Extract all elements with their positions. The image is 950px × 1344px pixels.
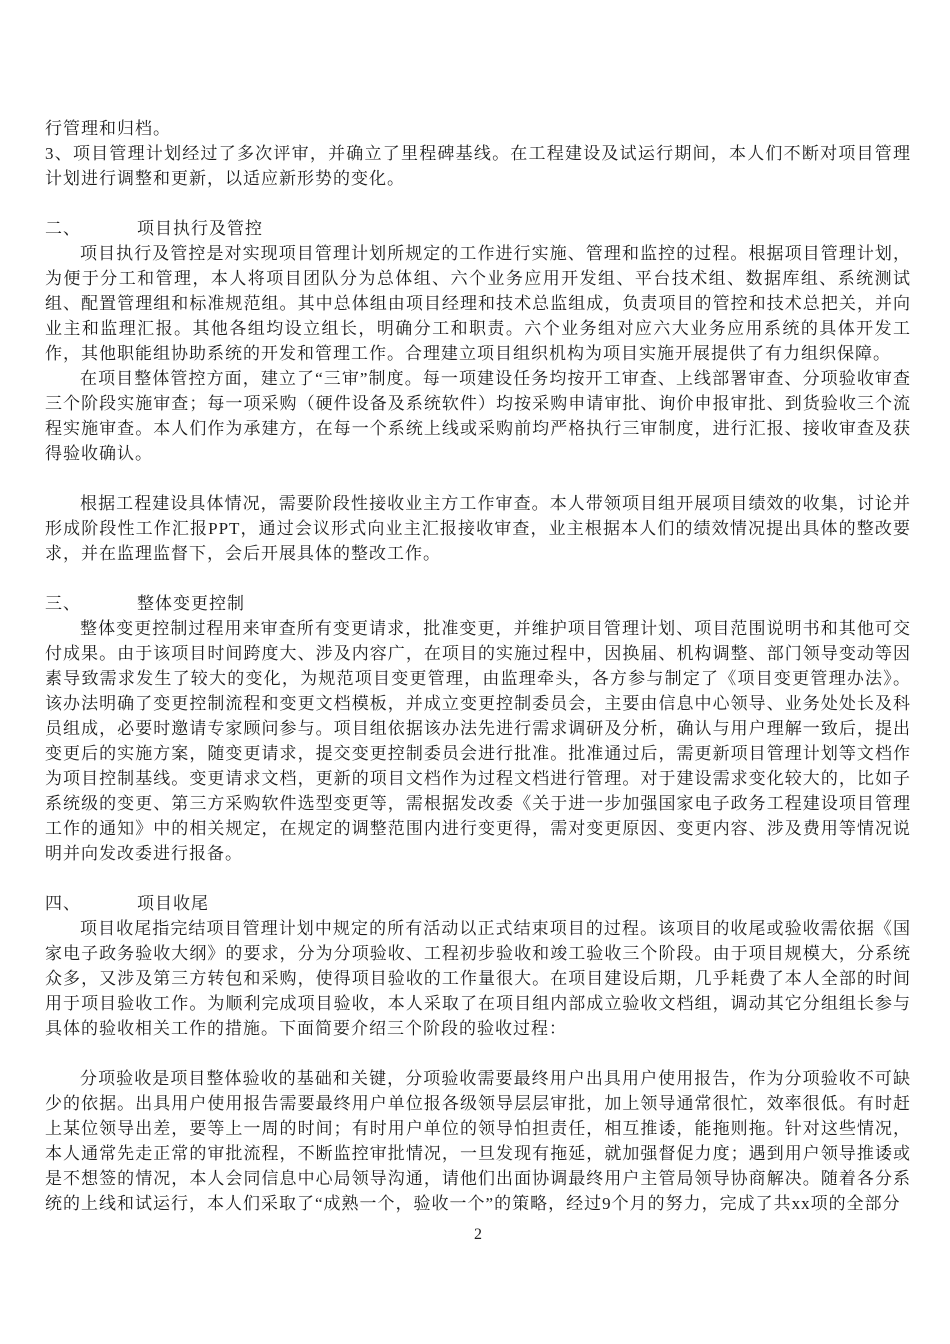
numbered-list-item-3: 3、项目管理计划经过了多次评审，并确立了里程碑基线。在工程建设及试运行期间，本人… bbox=[45, 141, 911, 191]
document-page: 行管理和归档。 3、项目管理计划经过了多次评审，并确立了里程碑基线。在工程建设及… bbox=[0, 0, 950, 1344]
sections: 二、项目执行及管控项目执行及管控是对实现项目管理计划所规定的工作进行实施、管理和… bbox=[45, 216, 911, 1216]
page-number: 2 bbox=[45, 1224, 911, 1246]
body-paragraph: 分项验收是项目整体验收的基础和关键，分项验收需要最终用户出具用户使用报告，作为分… bbox=[45, 1066, 911, 1216]
section-heading: 二、项目执行及管控 bbox=[45, 216, 911, 241]
body-paragraph: 整体变更控制过程用来审查所有变更请求，批准变更，并维护项目管理计划、项目范围说明… bbox=[45, 616, 911, 866]
section-title: 整体变更控制 bbox=[137, 591, 911, 616]
body-paragraph: 根据工程建设具体情况，需要阶段性接收业主方工作审查。本人带领项目组开展项目绩效的… bbox=[45, 491, 911, 566]
body-paragraph: 项目执行及管控是对实现项目管理计划所规定的工作进行实施、管理和监控的过程。根据项… bbox=[45, 241, 911, 366]
body-paragraph: 项目收尾指完结项目管理计划中规定的所有活动以正式结束项目的过程。该项目的收尾或验… bbox=[45, 916, 911, 1041]
section-title: 项目执行及管控 bbox=[137, 216, 911, 241]
section-numeral: 四、 bbox=[45, 891, 137, 916]
section-heading: 四、项目收尾 bbox=[45, 891, 911, 916]
section-title: 项目收尾 bbox=[137, 891, 911, 916]
section-heading: 三、整体变更控制 bbox=[45, 591, 911, 616]
section-numeral: 二、 bbox=[45, 216, 137, 241]
body-paragraph: 在项目整体管控方面，建立了“三审”制度。每一项建设任务均按开工审查、上线部署审查… bbox=[45, 366, 911, 466]
section-numeral: 三、 bbox=[45, 591, 137, 616]
page-content: 行管理和归档。 3、项目管理计划经过了多次评审，并确立了里程碑基线。在工程建设及… bbox=[45, 116, 911, 1216]
carryover-text-line: 行管理和归档。 bbox=[45, 116, 911, 141]
